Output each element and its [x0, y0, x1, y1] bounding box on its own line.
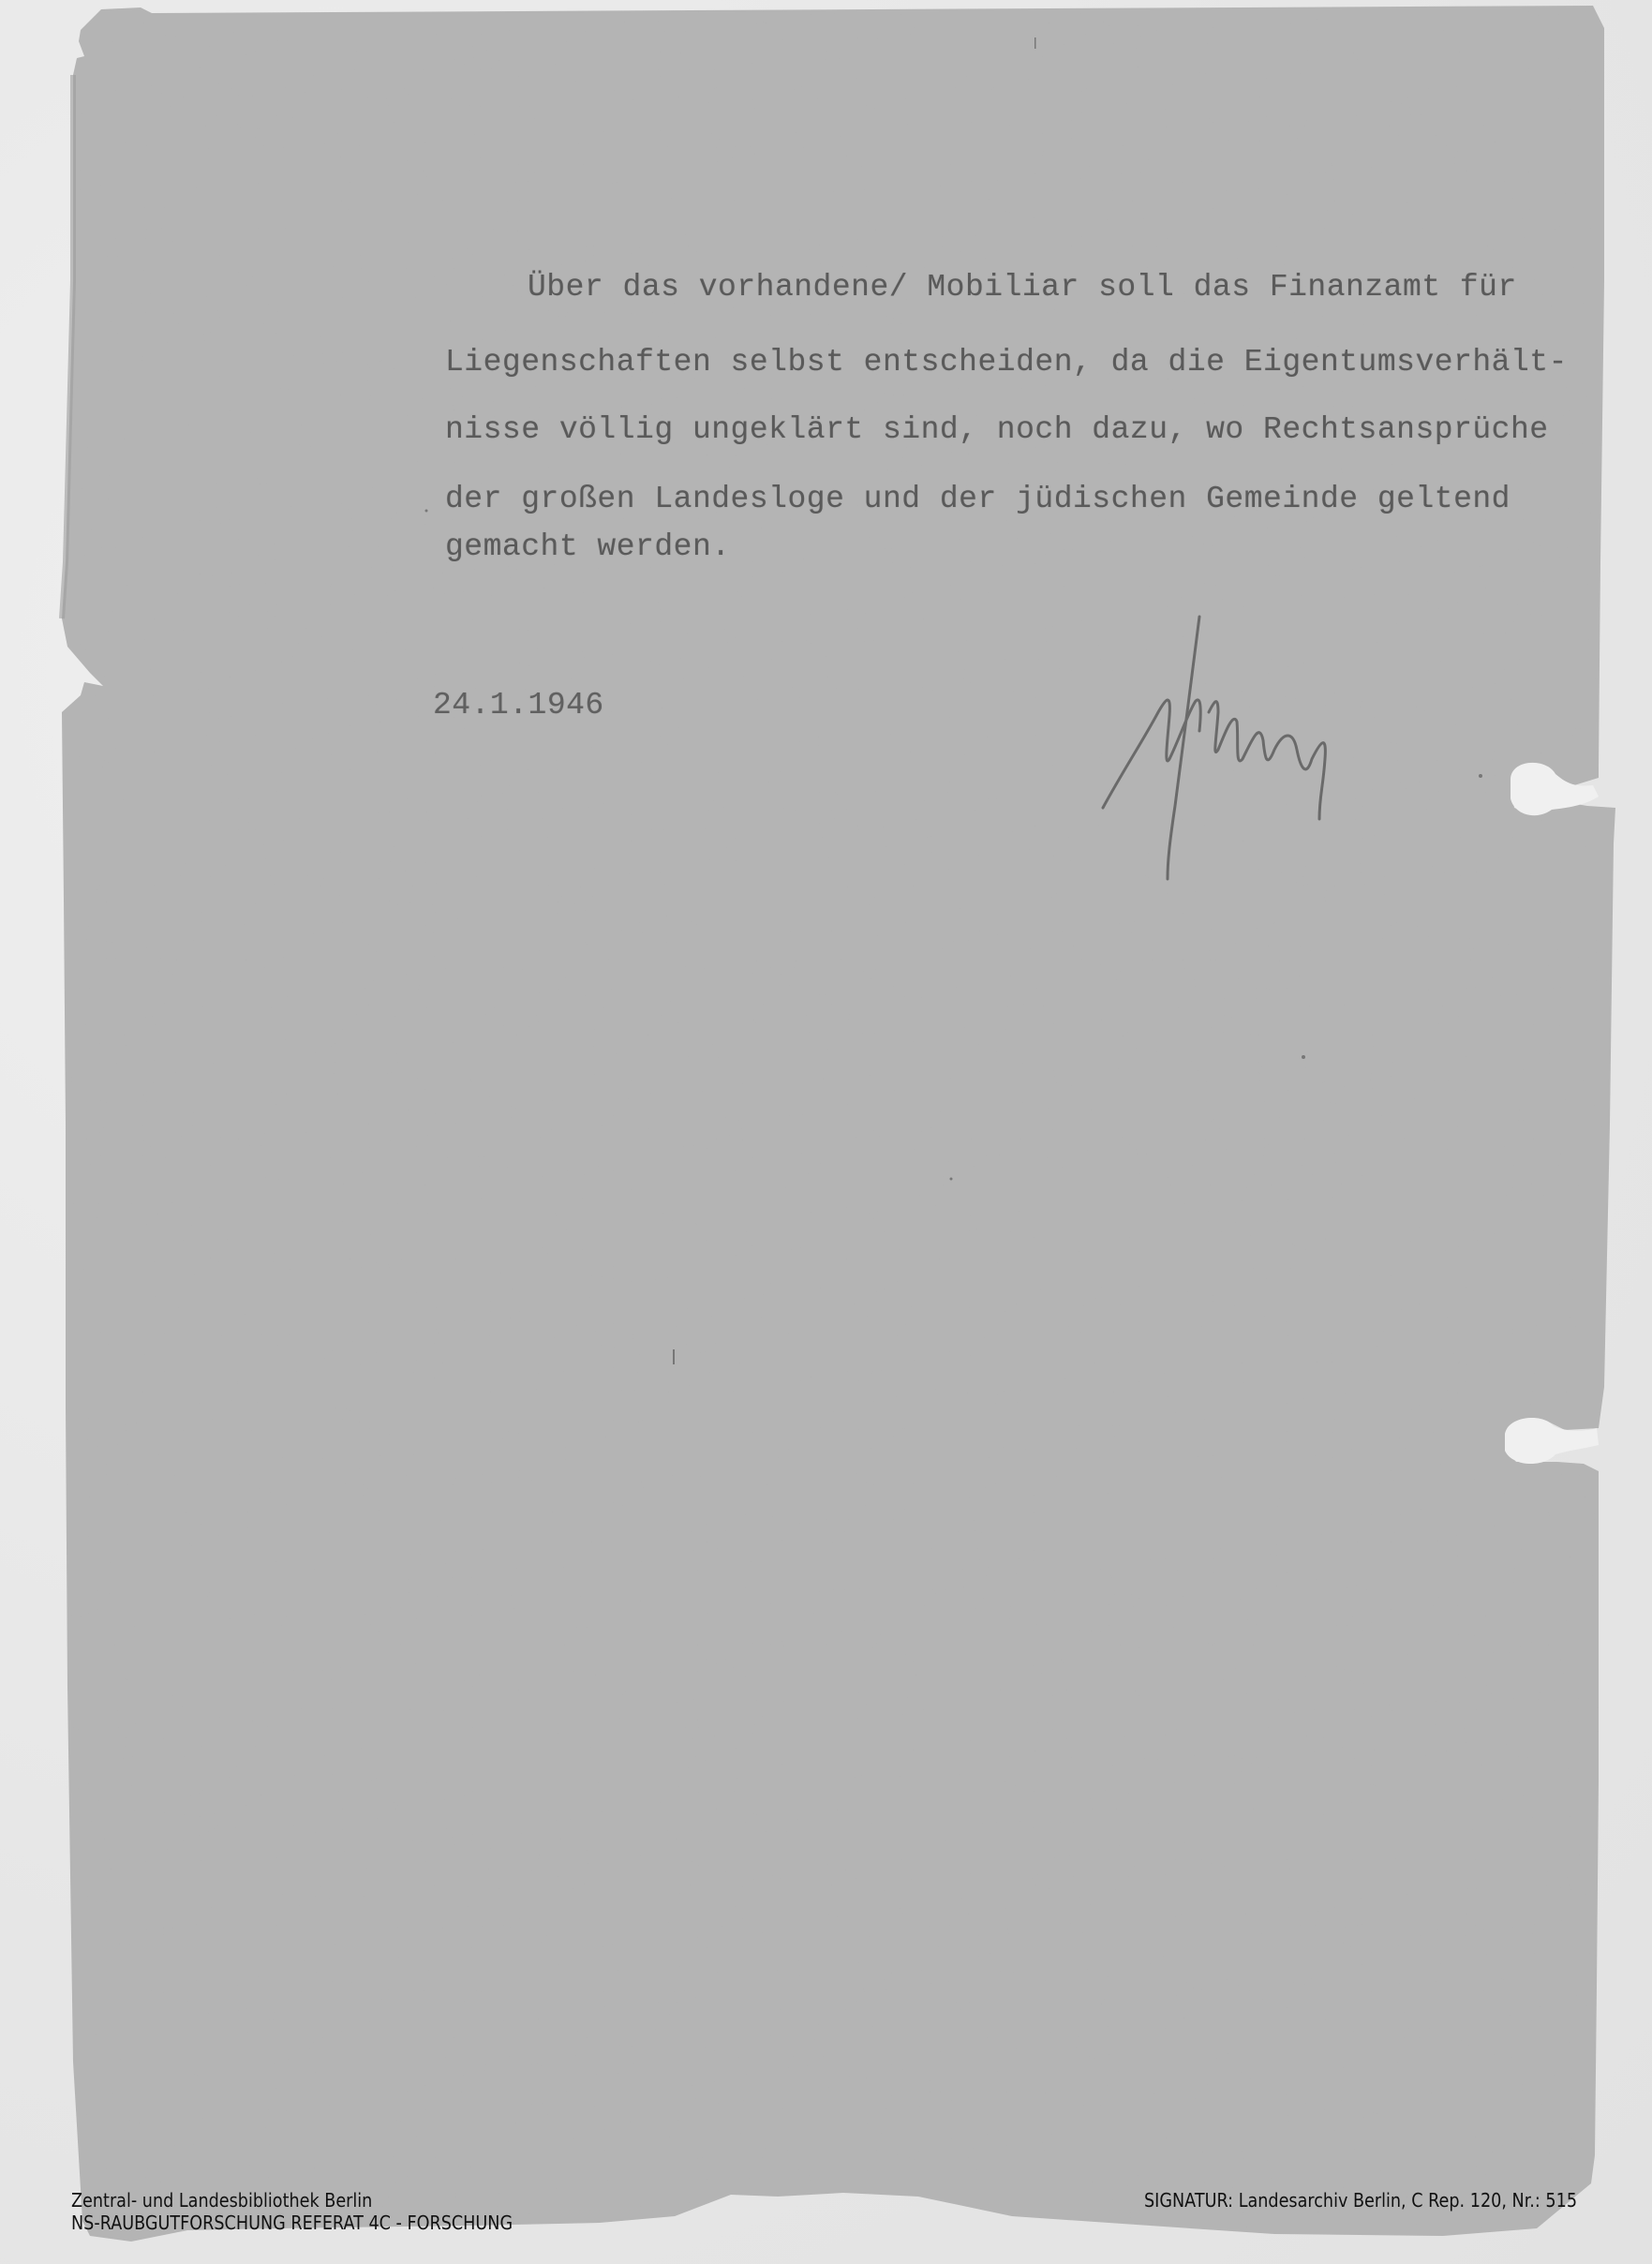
paragraph-line-5: gemacht werden.: [445, 529, 731, 564]
paragraph-line-1: Über das vorhandene/ Mobiliar soll das F…: [528, 270, 1517, 305]
footer-signature-reference: SIGNATUR: Landesarchiv Berlin, C Rep. 12…: [1144, 2189, 1577, 2212]
document-page: Über das vorhandene/ Mobiliar soll das F…: [0, 0, 1652, 2264]
paragraph-line-3: nisse völlig ungeklärt sind, noch dazu, …: [445, 412, 1549, 447]
paragraph-line-4: der großen Landesloge und der jüdischen …: [445, 482, 1511, 516]
footer-department: NS-RAUBGUTFORSCHUNG REFERAT 4C - FORSCHU…: [71, 2212, 513, 2234]
footer-library-name: Zentral- und Landesbibliothek Berlin: [71, 2189, 513, 2212]
footer-archive-signature: SIGNATUR: Landesarchiv Berlin, C Rep. 12…: [1144, 2189, 1577, 2212]
footer-library-credit: Zentral- und Landesbibliothek Berlin NS-…: [71, 2189, 513, 2234]
document-date: 24.1.1946: [433, 688, 604, 722]
paper-sheet: [0, 0, 1652, 2264]
paragraph-line-2: Liegenschaften selbst entscheiden, da di…: [445, 345, 1568, 380]
